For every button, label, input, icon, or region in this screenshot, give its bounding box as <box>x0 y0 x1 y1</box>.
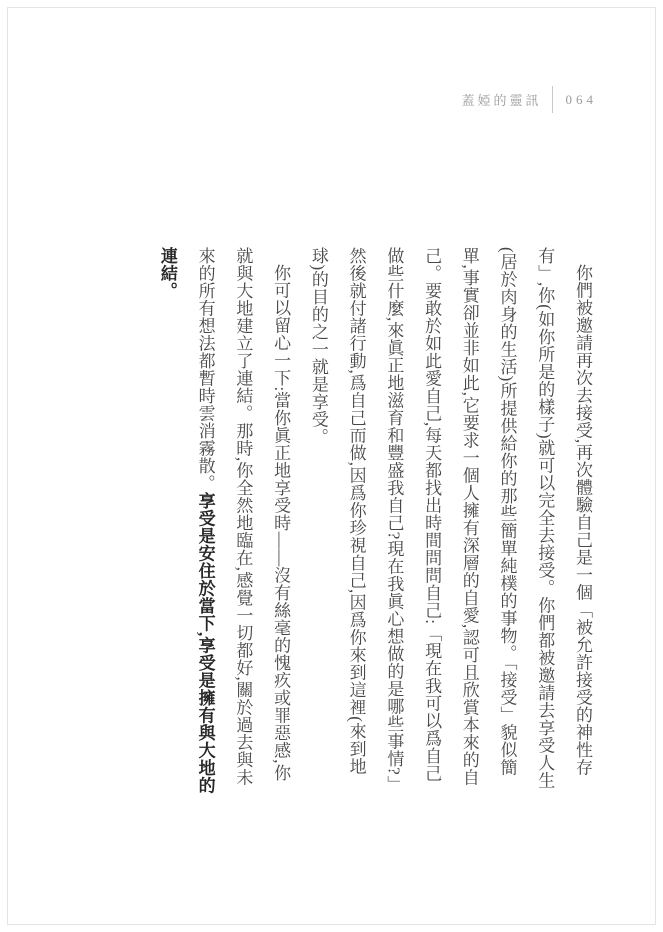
running-header: 蓋婭的靈訊 064 <box>461 86 597 113</box>
body-text: 你們被邀請再次去接受,再次體驗自己是一個「被允許接受的神性存有」,你(如你所是的… <box>148 247 601 795</box>
header-divider <box>552 86 553 113</box>
page-number: 064 <box>566 92 598 108</box>
paragraph-1: 你們被邀請再次去接受,再次體驗自己是一個「被允許接受的神性存有」,你(如你所是的… <box>299 247 601 795</box>
book-page: 蓋婭的靈訊 064 你們被邀請再次去接受,再次體驗自己是一個「被允許接受的神性存… <box>0 0 663 932</box>
paragraph-2: 你可以留心一下:當你眞正地享受時——沒有絲毫的愧疚或罪惡感,你就與大地建立了連結… <box>148 247 299 795</box>
book-title: 蓋婭的靈訊 <box>461 90 541 109</box>
